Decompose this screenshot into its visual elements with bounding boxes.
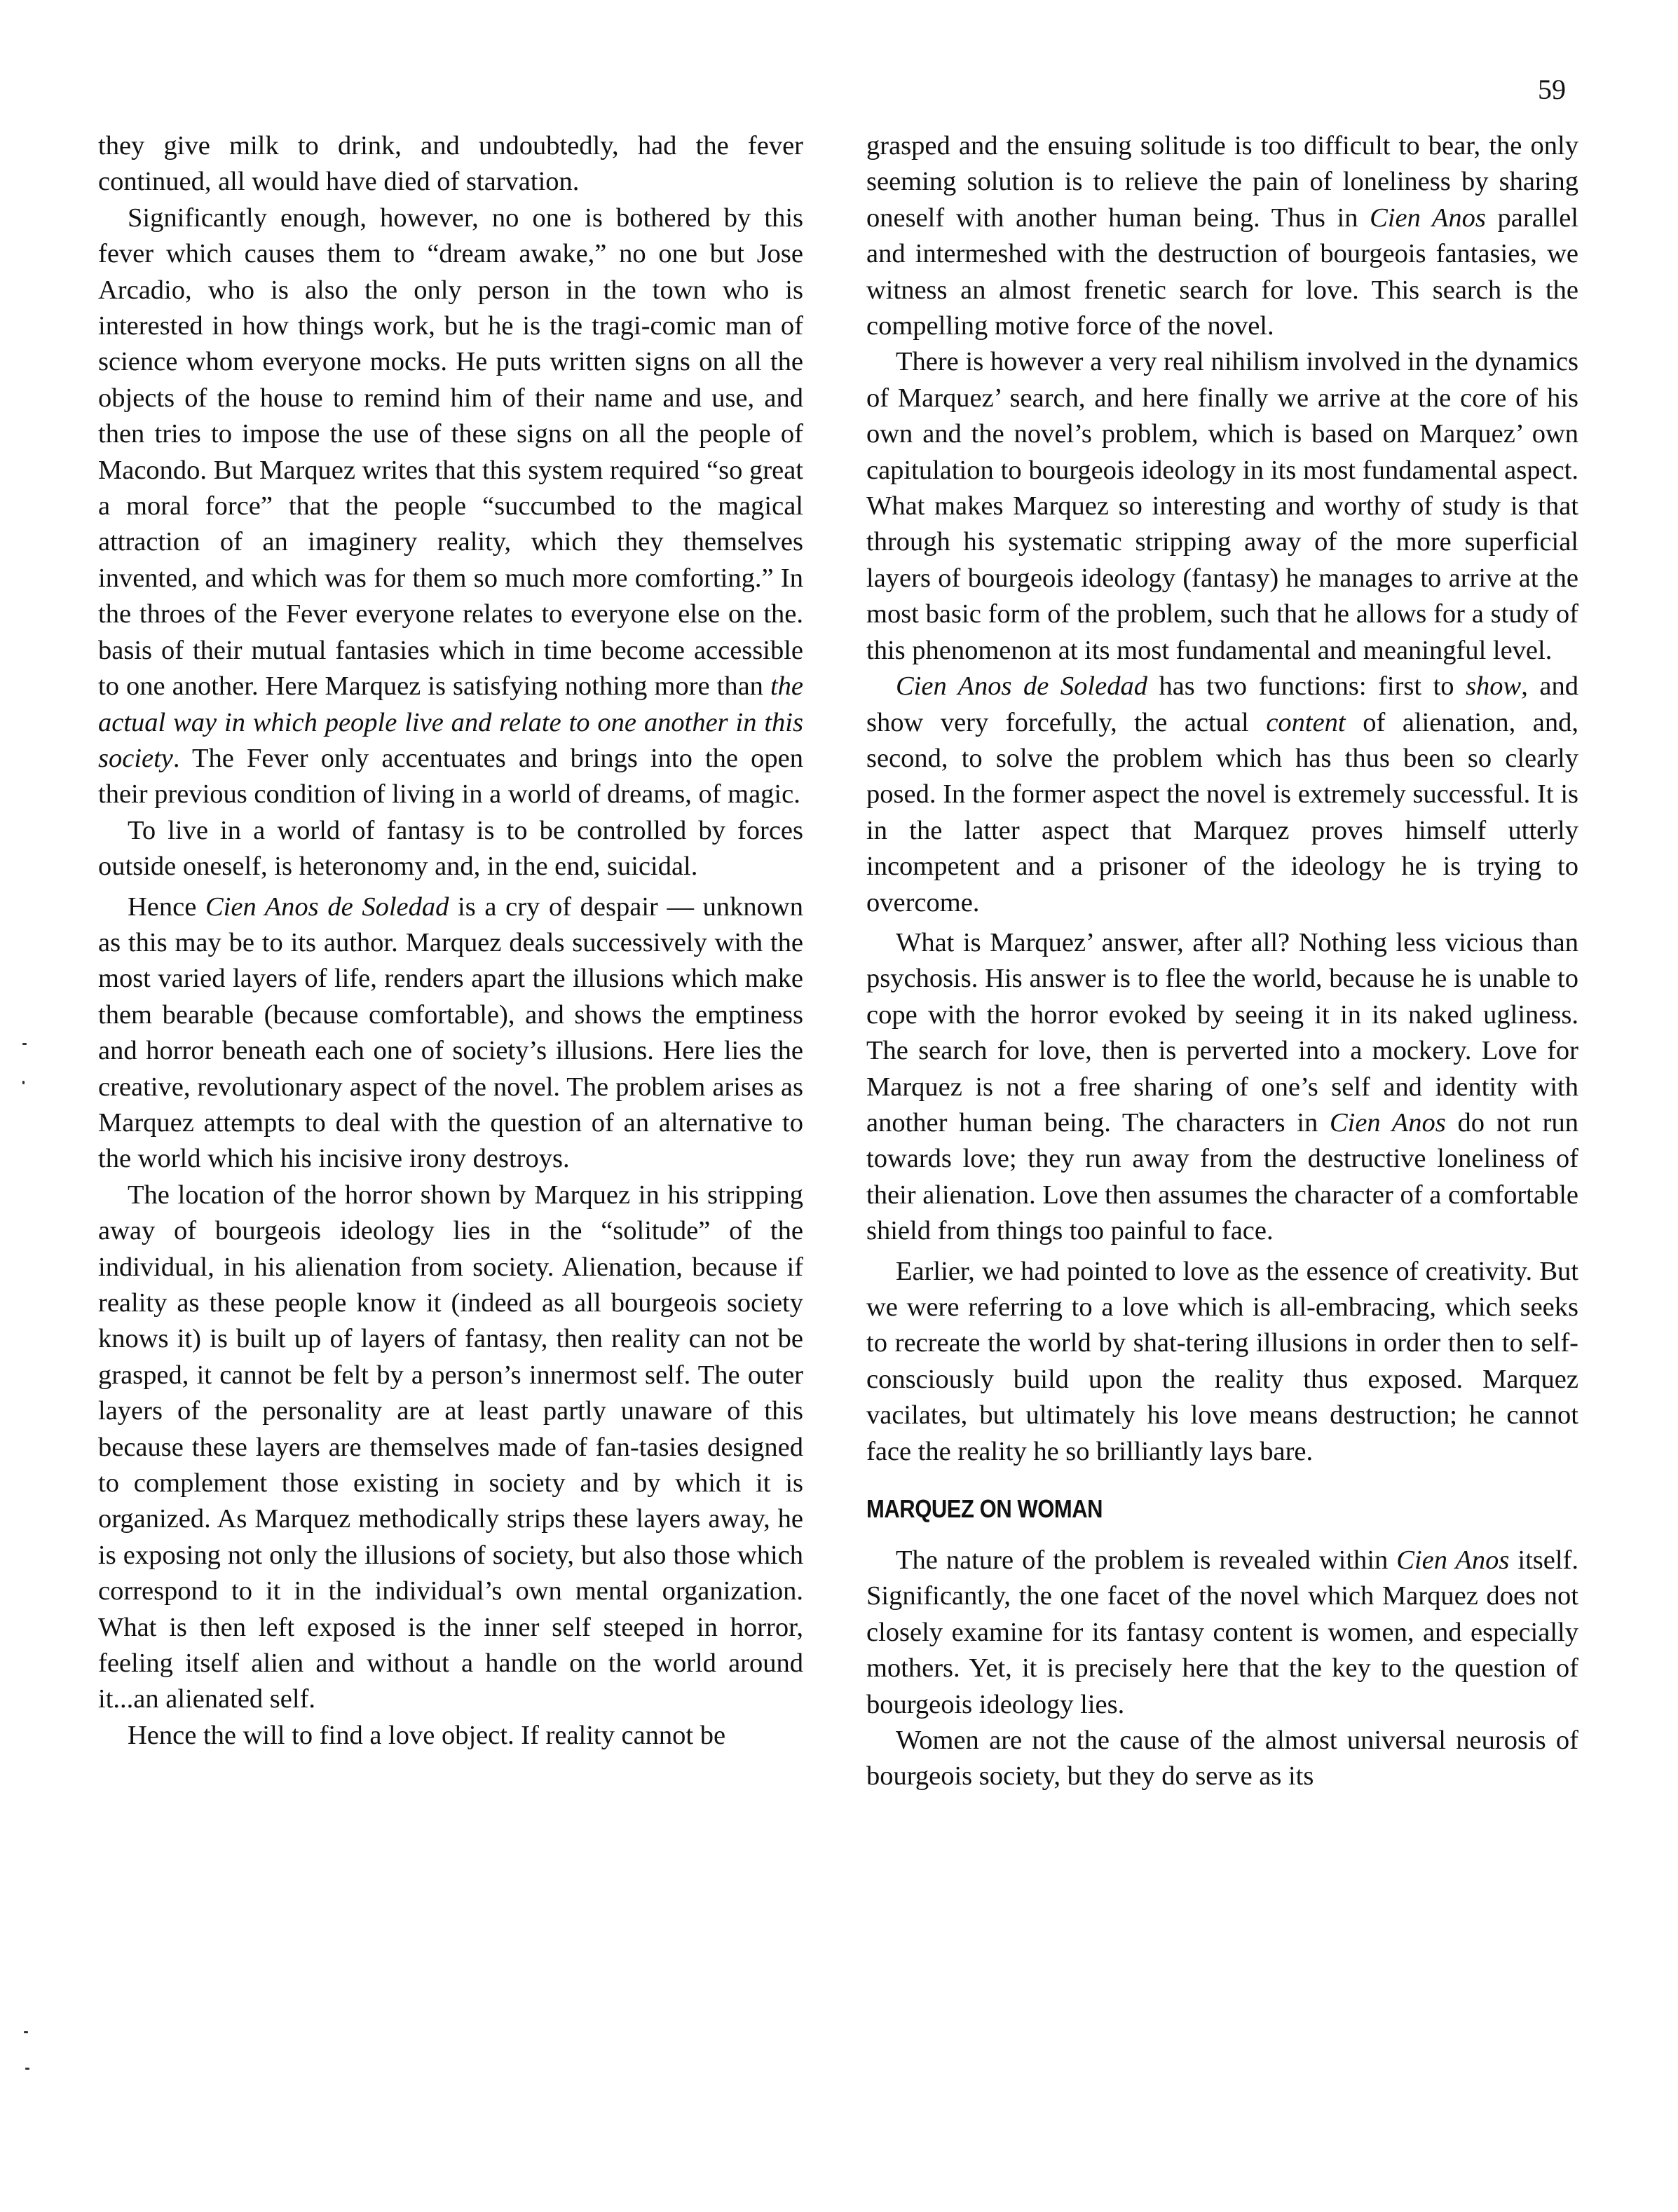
text-run: The location of the horror shown by Marq… — [98, 1180, 803, 1714]
scan-artifact — [25, 2068, 29, 2070]
italic-text: Cien Anos — [1330, 1108, 1446, 1138]
paragraph: To live in a world of fantasy is to be c… — [98, 813, 803, 885]
text-run: What is Marquez’ answer, after all? Noth… — [866, 928, 1578, 1138]
text-run: of alienation, and, second, to solve the… — [866, 708, 1578, 917]
left-column: they give milk to drink, and undoubtedly… — [98, 128, 803, 1754]
text-run: The nature of the problem is revealed wi… — [896, 1545, 1396, 1575]
paragraph: grasped and the ensuing solitude is too … — [866, 128, 1578, 344]
text-run: Significantly enough, however, no one is… — [98, 203, 803, 701]
scan-artifact — [22, 1081, 25, 1084]
italic-text: Cien Anos — [1396, 1545, 1509, 1575]
text-run: Earlier, we had pointed to love as the e… — [866, 1257, 1578, 1466]
text-run: Women are not the cause of the almost un… — [866, 1726, 1578, 1791]
paragraph: Earlier, we had pointed to love as the e… — [866, 1254, 1578, 1470]
italic-text: Cien Anos de Soledad — [896, 671, 1147, 701]
paragraph: Women are not the cause of the almost un… — [866, 1723, 1578, 1795]
text-run: has two functions: first to — [1147, 671, 1466, 701]
italic-text: show — [1466, 671, 1521, 701]
paragraph: The location of the horror shown by Marq… — [98, 1177, 803, 1718]
paragraph: Cien Anos de Soledad has two functions: … — [866, 669, 1578, 921]
page-number: 59 — [1538, 76, 1566, 104]
paragraph: What is Marquez’ answer, after all? Noth… — [866, 925, 1578, 1250]
text-run: . The Fever only accentuates and brings … — [98, 744, 803, 809]
scan-artifact — [24, 2031, 28, 2033]
paragraph: Hence the will to find a love object. If… — [98, 1718, 803, 1754]
italic-text: Cien Anos — [1370, 203, 1486, 233]
italic-text: Cien Anos de Soledad — [205, 892, 449, 922]
paragraph: The nature of the problem is revealed wi… — [866, 1543, 1578, 1723]
paragraph: Significantly enough, however, no one is… — [98, 200, 803, 813]
paragraph: Hence Cien Anos de Soledad is a cry of d… — [98, 889, 803, 1177]
paragraph: There is however a very real nihilism in… — [866, 344, 1578, 669]
right-column: grasped and the ensuing solitude is too … — [866, 128, 1578, 1795]
text-run: Hence the will to find a love object. If… — [128, 1721, 725, 1750]
section-heading: MARQUEZ ON WOMAN — [866, 1494, 1479, 1524]
text-run: To live in a world of fantasy is to be c… — [98, 816, 803, 881]
text-run: Hence — [128, 892, 205, 922]
paragraph: they give milk to drink, and undoubtedly… — [98, 128, 803, 200]
text-run: they give milk to drink, and undoubtedly… — [98, 131, 803, 196]
scan-artifact — [22, 1043, 27, 1045]
text-run: There is however a very real nihilism in… — [866, 347, 1578, 664]
italic-text: content — [1266, 708, 1345, 737]
text-run: is a cry of despair — unknown as this ma… — [98, 892, 803, 1174]
